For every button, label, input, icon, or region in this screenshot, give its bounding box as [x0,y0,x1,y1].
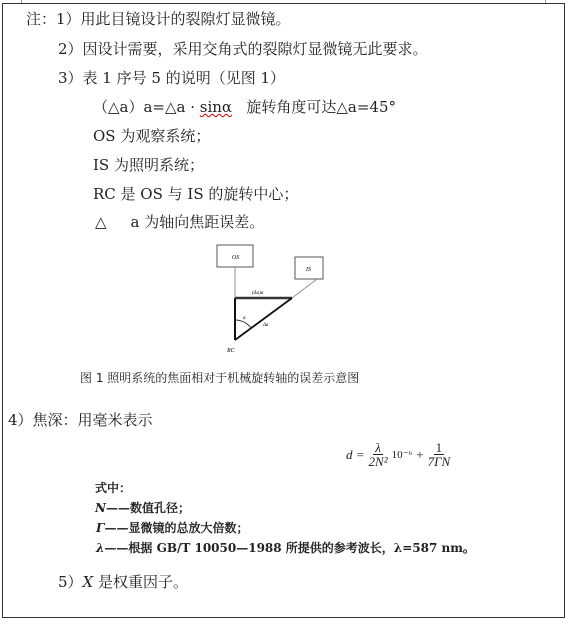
note-3: 3）表 1 序号 5 的说明（见图 1） [58,68,285,88]
formula-lhs: d = [346,447,365,463]
exponent: 10⁻⁶ [392,448,413,461]
def-lambda: λ——根据 GB/T 10050—1988 所提供的参考波长，λ=587 nm。 [96,539,475,557]
plus-sign: + [416,447,423,463]
fraction-2: 1 7ΓN [428,441,451,468]
sin-alpha: sinα [200,98,232,116]
def-gamma: Γ——显微镜的总放大倍数； [96,519,249,537]
svg-text:(Δa)α: (Δa)α [252,291,264,296]
note-2: 2）因设计需要，采用交角式的裂隙灯显微镜无此要求。 [58,39,428,59]
fraction-1: λ 2N² [369,441,388,468]
svg-text:α: α [243,316,246,321]
rotation-error-diagram: OS IS (Δa)α α Δa RC [205,240,331,358]
figure-caption: 图 1 照明系统的焦面相对于机械旋转轴的误差示意图 [80,369,359,386]
rotation-angle: 旋转角度可达△a=45° [232,98,396,116]
delta-text: a 为轴向焦距误差。 [131,213,265,231]
depth-heading: 4）焦深：用毫米表示 [8,410,153,430]
svg-text:RC: RC [226,348,236,354]
formula-line: （△a）a=△a · sinα 旋转角度可达△a=45° [93,97,396,117]
note-1: 注：1）用此目镜设计的裂隙灯显微镜。 [26,9,291,29]
formula-prefix: （△a）a=△a · [93,98,200,116]
delta-symbol: △ [95,213,107,231]
os-definition: OS 为观察系统； [93,126,210,146]
weight-symbol: X [83,573,94,591]
note-5: 5）X 是权重因子。 [58,572,188,592]
delta-definition: △a 为轴向焦距误差。 [95,212,264,232]
is-definition: IS 为照明系统； [93,155,204,175]
where-label: 式中： [95,479,131,497]
depth-formula: d = λ 2N² 10⁻⁶ + 1 7ΓN [346,441,450,468]
svg-text:IS: IS [305,267,311,273]
svg-text:OS: OS [232,255,239,261]
def-n: N——数值孔径； [95,499,190,517]
svg-text:Δa: Δa [262,323,269,328]
rc-definition: RC 是 OS 与 IS 的旋转中心； [93,184,298,204]
figure-1-diagram: OS IS (Δa)α α Δa RC [205,240,331,358]
